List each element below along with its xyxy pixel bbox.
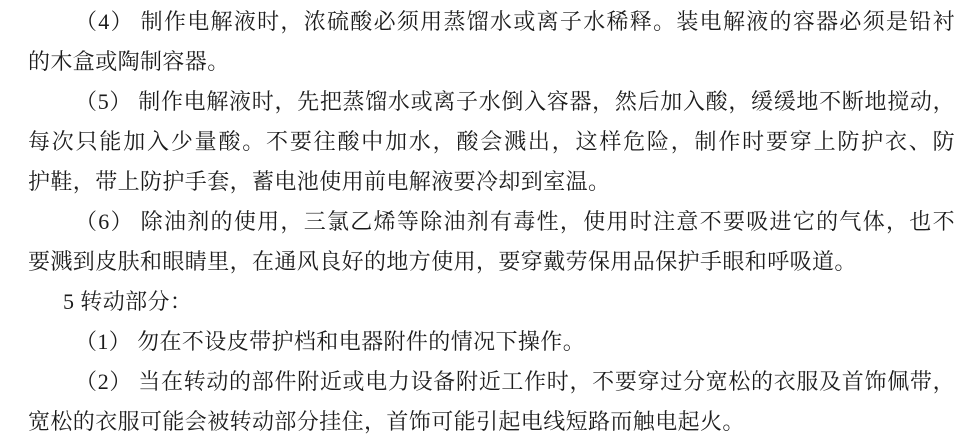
- text-line-sec5-item2-end: 宽松的衣服可能会被转动部分挂住，首饰可能引起电线短路而触电起火。: [28, 402, 955, 442]
- text-line-sec5-item1: （1） 勿在不设皮带护档和电器附件的情况下操作。: [28, 322, 955, 362]
- text-line-item4-start: （4） 制作电解液时，浓硫酸必须用蒸馏水或离子水稀释。装电解液的容器必须是铅衬: [28, 2, 955, 42]
- text-line-item5-end: 护鞋，带上防护手套，蓄电池使用前电解液要冷却到室温。: [28, 162, 955, 202]
- text-line-item6-end: 要溅到皮肤和眼睛里，在通风良好的地方使用，要穿戴劳保用品保护手眼和呼吸道。: [28, 242, 955, 282]
- text-line-item6-start: （6） 除油剂的使用，三氯乙烯等除油剂有毒性，使用时注意不要吸进它的气体，也不: [28, 202, 955, 242]
- text-line-section5-heading: 5 转动部分：: [28, 282, 955, 322]
- document-page: （4） 制作电解液时，浓硫酸必须用蒸馏水或离子水稀释。装电解液的容器必须是铅衬 …: [0, 0, 980, 443]
- text-line-sec5-item2-start: （2） 当在转动的部件附近或电力设备附近工作时，不要穿过分宽松的衣服及首饰佩带，: [28, 362, 955, 402]
- text-block: （4） 制作电解液时，浓硫酸必须用蒸馏水或离子水稀释。装电解液的容器必须是铅衬 …: [28, 2, 955, 442]
- text-line-item4-end: 的木盒或陶制容器。: [28, 42, 955, 82]
- text-line-item5-middle: 每次只能加入少量酸。不要往酸中加水，酸会溅出，这样危险，制作时要穿上防护衣、防: [28, 122, 955, 162]
- text-line-item5-start: （5） 制作电解液时，先把蒸馏水或离子水倒入容器，然后加入酸，缓缓地不断地搅动，: [28, 82, 955, 122]
